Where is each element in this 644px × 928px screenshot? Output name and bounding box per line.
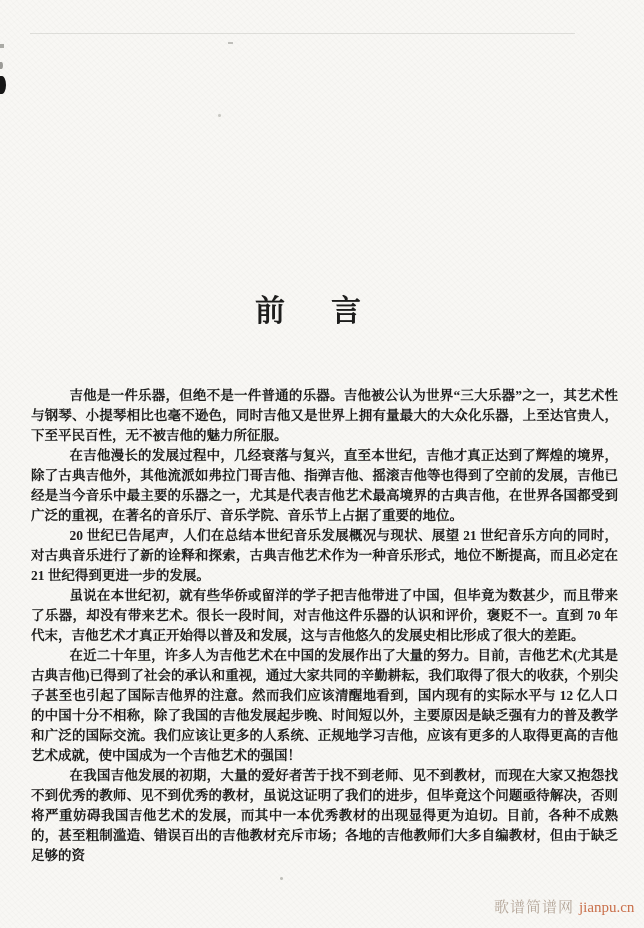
- preface-paragraph-5: 在近二十年里，许多人为吉他艺术在中国的发展作出了大量的努力。目前，吉他艺术(尤其…: [31, 646, 618, 766]
- ink-blot-left-edge: [0, 76, 6, 94]
- preface-paragraph-2: 在吉他漫长的发展过程中，几经衰落与复兴，直至本世纪，吉他才真正达到了辉煌的境界，…: [31, 446, 618, 526]
- scan-speck: [280, 877, 283, 880]
- ink-speck-left-edge: [0, 44, 4, 48]
- preface-paragraph-6: 在我国吉他发展的初期，大量的爱好者苦于找不到老师、见不到教材，而现在大家又抱怨找…: [31, 766, 618, 866]
- watermark-site-name: 歌谱简谱网: [494, 900, 574, 916]
- preface-paragraph-3: 20 世纪已告尾声，人们在总结本世纪音乐发展概况与现状、展望 21 世纪音乐方向…: [31, 526, 618, 586]
- watermark-site-url: jianpu.cn: [579, 900, 634, 916]
- preface-paragraph-1: 吉他是一件乐器，但绝不是一件普通的乐器。吉他被公认为世界“三大乐器”之一，其艺术…: [31, 386, 618, 446]
- scan-speck: [228, 42, 233, 44]
- watermark: 歌谱简谱网jianpu.cn: [494, 896, 634, 917]
- scan-speck: [218, 114, 221, 117]
- preface-paragraph-4: 虽说在本世纪初，就有些华侨或留洋的学子把吉他带进了中国，但毕竟为数甚少，而且带来…: [31, 586, 618, 646]
- page-title: 前言: [255, 286, 407, 330]
- ink-smudge-left-edge: [0, 62, 3, 69]
- scan-artifact-line: [30, 33, 575, 34]
- preface-body: 吉他是一件乐器，但绝不是一件普通的乐器。吉他被公认为世界“三大乐器”之一，其艺术…: [31, 386, 618, 866]
